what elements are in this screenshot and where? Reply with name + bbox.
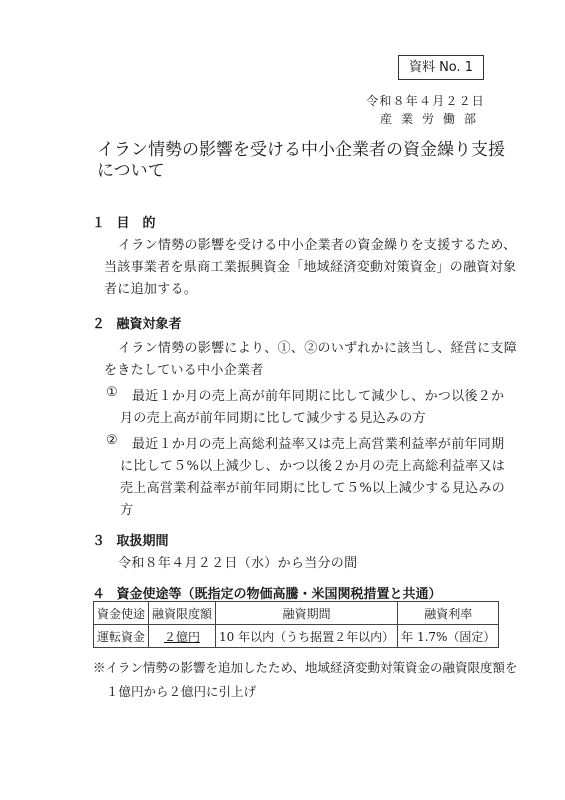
item-2-line: 最近１か月の売上高総利益率又は売上高営業利益率が前年同期 <box>132 433 504 452</box>
section-3-heading: ３ 取扱期間 <box>92 530 169 549</box>
section-number: ４ <box>92 583 112 602</box>
note-line: ※イラン情勢の影響を追加したため、地域経済変動対策資金の融資限度額を <box>93 658 518 676</box>
section-title: 融資対象者 <box>117 317 182 332</box>
section-4-heading: ４ 資金使途等（既指定の物価高騰・米国関税措置と共通） <box>92 583 442 602</box>
page-title-line1: イラン情勢の影響を受ける中小企業者の資金繰り支援 <box>97 140 505 161</box>
section-2-intro-line: をきたしている中小企業者 <box>104 359 264 378</box>
section-title: 取扱期間 <box>117 534 169 549</box>
section-1-line: 当該事業者を県商工業振興資金「地域経済変動対策資金」の融資対象 <box>104 256 516 275</box>
loan-terms-table: 資金使途 融資限度額 融資期間 融資利率 運転資金 ２億円 10 年以内（うち据… <box>93 601 499 648</box>
page-title-line2: について <box>97 161 165 182</box>
section-2-intro-line: イラン情勢の影響により、①、②のいずれかに該当し、経営に支障 <box>118 337 517 356</box>
item-1-line: 月の売上高が前年同期に比して減少する見込みの方 <box>120 407 426 426</box>
section-number: １ <box>92 212 112 231</box>
section-number: ２ <box>92 313 112 332</box>
table-header-cell: 融資利率 <box>398 602 499 625</box>
section-1-line: イラン情勢の影響を受ける中小企業者の資金繰りを支援するため、 <box>118 234 516 253</box>
item-2-line: に比して５%以上減少し、かつ以後２か月の売上高総利益率又は <box>120 455 505 474</box>
table-cell-period: 10 年以内（うち据置２年以内） <box>216 625 398 648</box>
section-1-heading: １ 目 的 <box>92 212 156 231</box>
item-2-line: 売上高営業利益率が前年同期に比して５%以上減少する見込みの <box>120 477 505 496</box>
item-1-marker: ① <box>106 385 118 400</box>
item-2-line: 方 <box>120 499 133 518</box>
section-2-heading: ２ 融資対象者 <box>92 313 182 332</box>
document-id-box: 資料 No. 1 <box>398 55 484 80</box>
document-id: 資料 No. 1 <box>409 60 473 75</box>
table-header-cell: 資金使途 <box>94 602 149 625</box>
table-cell-purpose: 運転資金 <box>94 625 149 648</box>
section-3-line: 令和８年４月２２日（水）から当分の間 <box>118 552 357 571</box>
section-title: 資金使途等（既指定の物価高騰・米国関税措置と共通） <box>117 587 442 602</box>
table-cell-limit: ２億円 <box>149 625 216 648</box>
table-header-cell: 融資期間 <box>216 602 398 625</box>
table-header-cell: 融資限度額 <box>149 602 216 625</box>
table-header-row: 資金使途 融資限度額 融資期間 融資利率 <box>94 602 499 625</box>
item-1-line: 最近１か月の売上高が前年同期に比して減少し、かつ以後２か <box>132 385 504 404</box>
section-number: ３ <box>92 530 112 549</box>
document-date: 令和８年４月２２日 <box>366 92 485 109</box>
table-cell-rate: 年 1.7%（固定） <box>398 625 499 648</box>
department: 産業労働部 <box>380 110 485 127</box>
section-1-line: 者に追加する。 <box>104 278 197 297</box>
note-line: １億円から２億円に引上げ <box>106 682 256 700</box>
section-title: 目 的 <box>117 216 156 231</box>
item-2-marker: ② <box>106 433 118 448</box>
table-row: 運転資金 ２億円 10 年以内（うち据置２年以内） 年 1.7%（固定） <box>94 625 499 648</box>
